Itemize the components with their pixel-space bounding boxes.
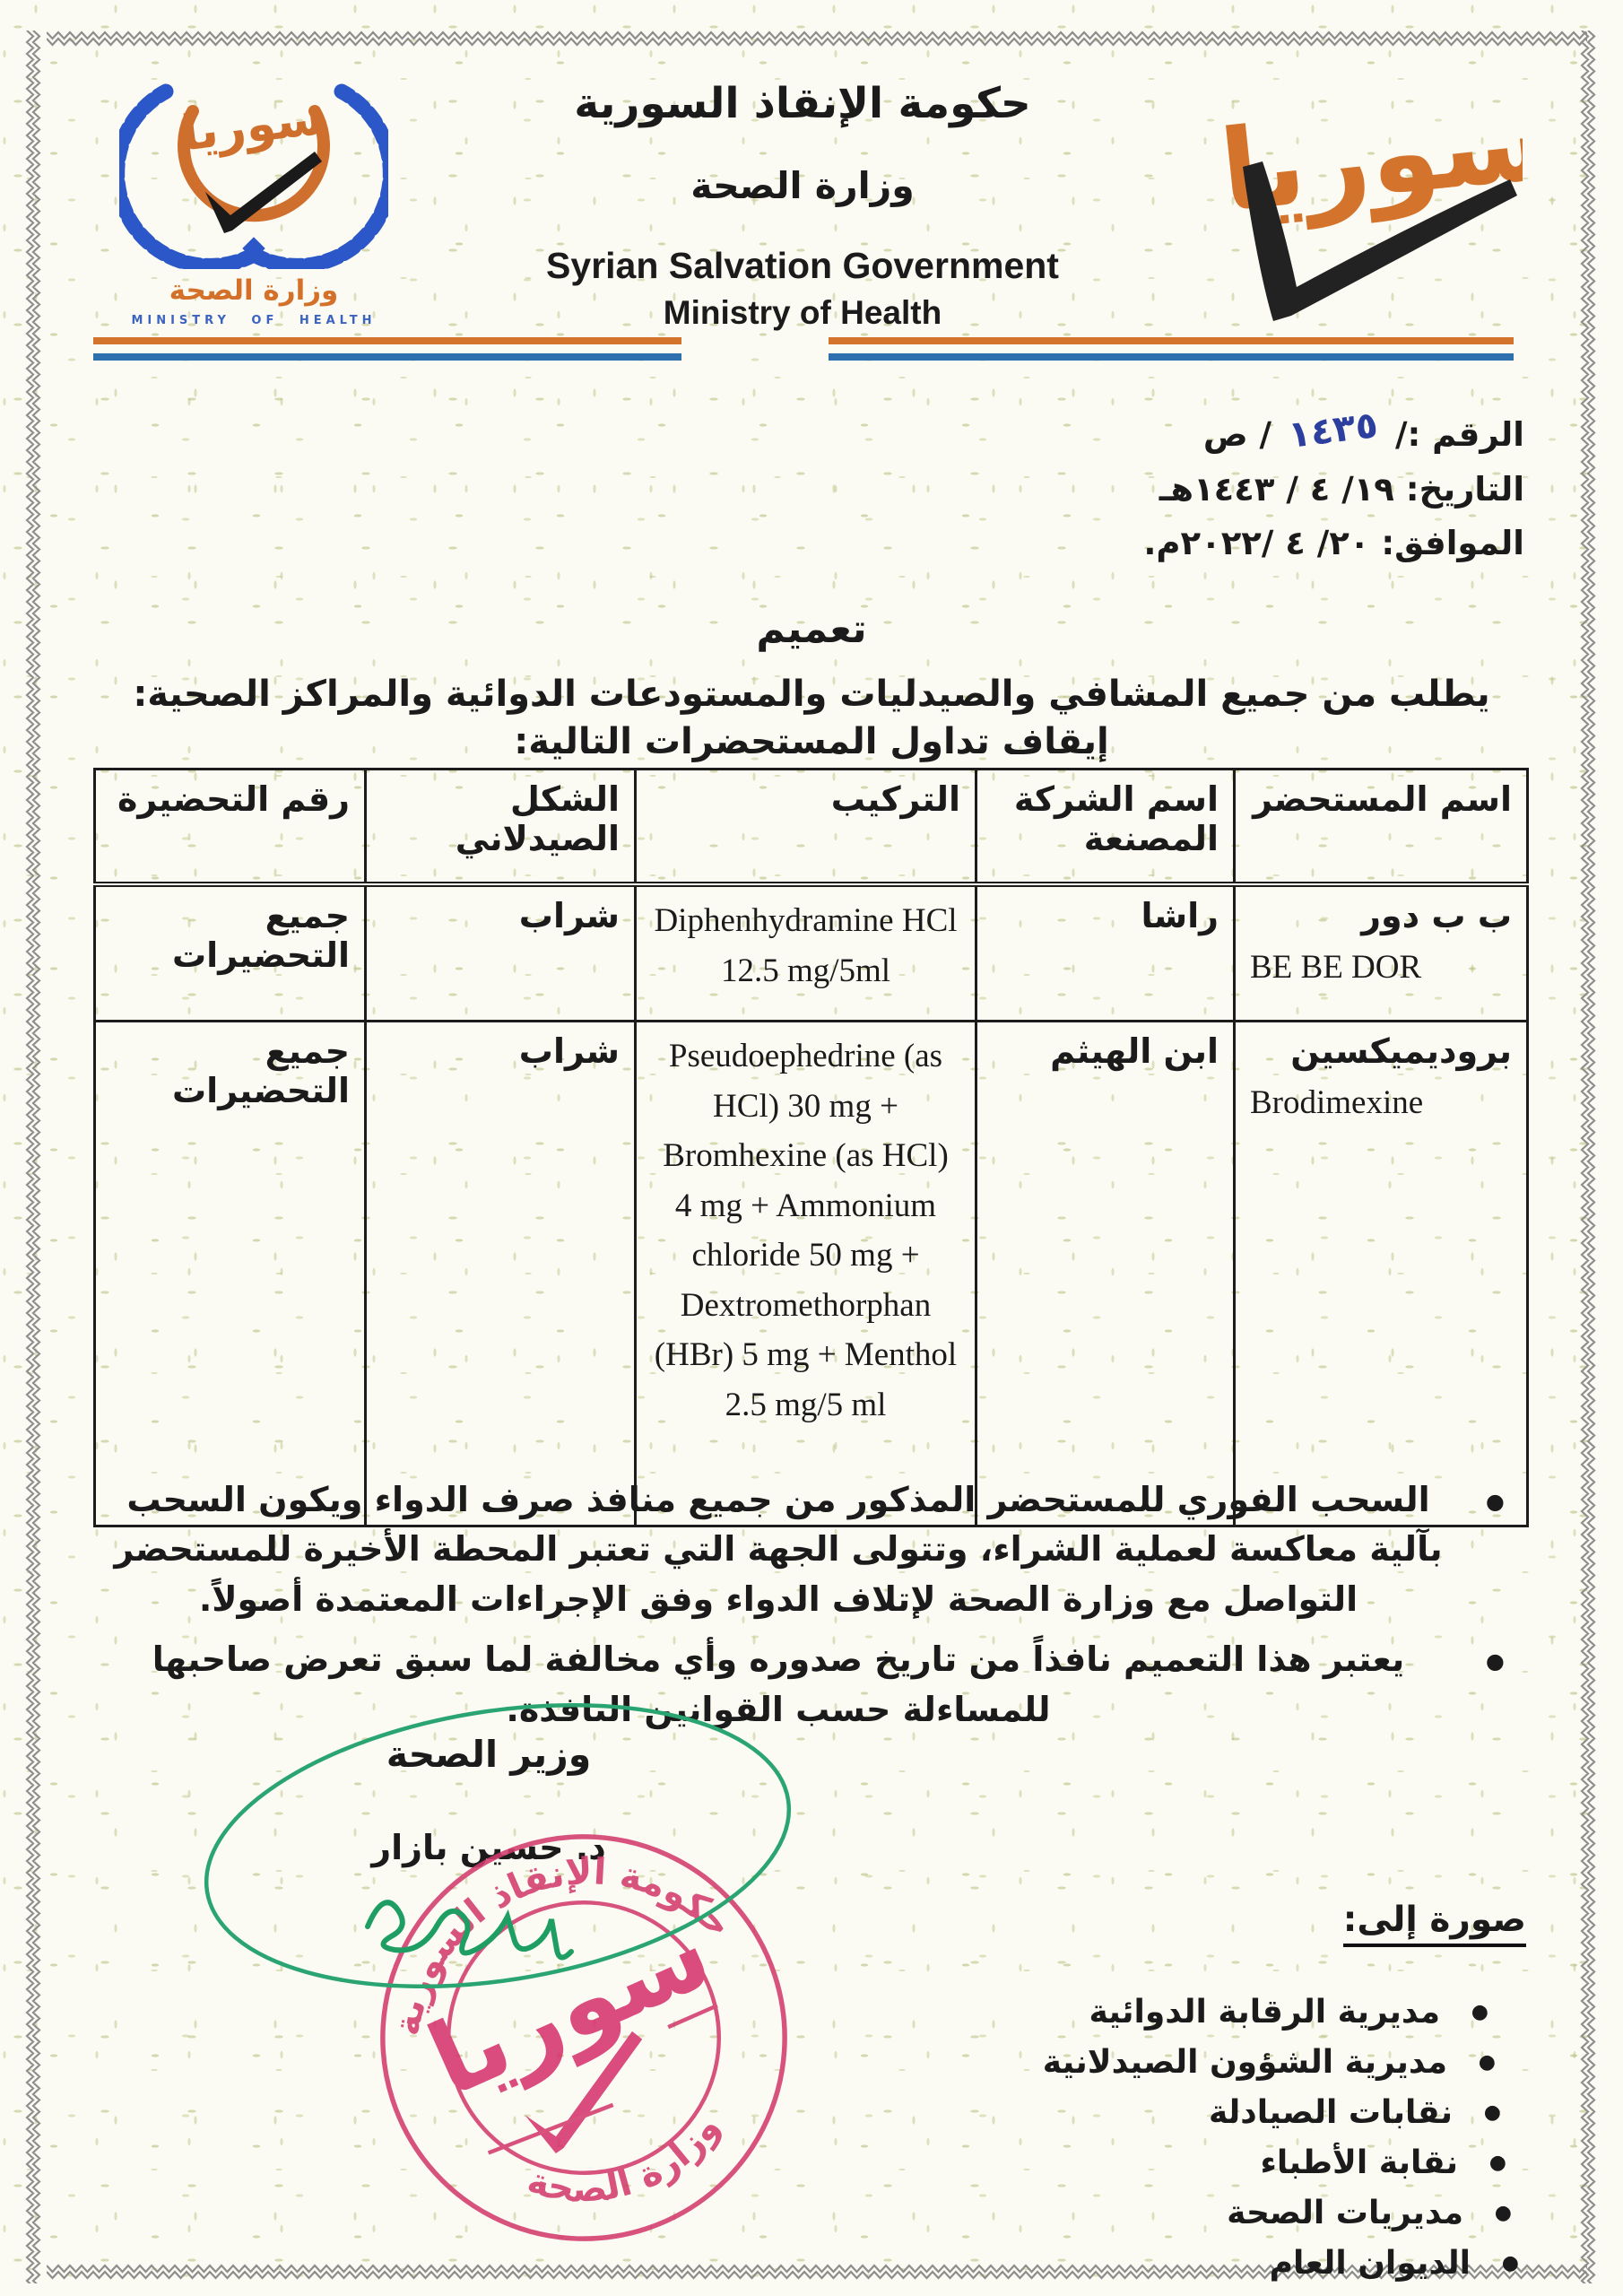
notes-list: السحب الفوري للمستحضر المذكور من جميع من… — [100, 1475, 1514, 1745]
round-ministry-stamp: حكومة الإنقاذ السورية وزارة الصحة سوريا — [370, 1824, 797, 2251]
ref-date-hijri: التاريخ: ١٩/ ٤ / ١٤٤٣هـ — [1143, 463, 1524, 517]
syria-calligraphy-text: سوريا — [178, 89, 326, 162]
copy-to-item: الديوان العام — [934, 2245, 1526, 2282]
copy-to-item: مديرية الشؤون الصيدلانية — [934, 2044, 1503, 2081]
cell-pharma-form: شراب — [366, 884, 636, 1022]
reference-block: الرقم :/ ١٤٣٥ / ص التاريخ: ١٩/ ٤ / ١٤٤٣ه… — [1143, 404, 1524, 570]
circular-intro: يطلب من جميع المشافي والصيدليات والمستود… — [0, 671, 1623, 766]
government-title-arabic: حكومة الإنقاذ السورية — [404, 79, 1202, 128]
copy-to-title: صورة إلى: — [1343, 1900, 1526, 1947]
ref-number-line: الرقم :/ ١٤٣٥ / ص — [1143, 404, 1524, 463]
ref-date-gregorian: الموافق: ٢٠/ ٤ /٢٠٢٢م. — [1143, 517, 1524, 570]
decorative-zigzag-border-top — [47, 30, 1587, 50]
intro-line-1: يطلب من جميع المشافي والصيدليات والمستود… — [0, 671, 1623, 718]
cell-manufacturer: راشا — [976, 884, 1235, 1022]
cell-pharma-form: شراب — [366, 1022, 636, 1526]
table-row: بروديميكسين Brodimexine ابن الهيثم Pseud… — [95, 1022, 1528, 1526]
syria-calligraphy-icon: سوريا — [1218, 59, 1523, 337]
laurel-crescent-icon: سوريا — [119, 56, 388, 269]
cell-batch-number: جميع التحضيرات — [95, 884, 366, 1022]
table-row: ب ب دور BE BE DOR راشا Diphenhydramine H… — [95, 884, 1528, 1022]
cell-manufacturer: ابن الهيثم — [976, 1022, 1235, 1526]
note-item: يعتبر هذا التعميم نافذاً من تاريخ صدوره … — [100, 1635, 1514, 1735]
letterhead-titles: حكومة الإنقاذ السورية وزارة الصحة Syrian… — [404, 79, 1202, 332]
copy-to-item: نقابة الأطباء — [934, 2144, 1514, 2181]
copy-to-section: صورة إلى: مديرية الرقابة الدوائية مديرية… — [934, 1900, 1526, 2295]
copy-to-item: مديرية الرقابة الدوائية — [934, 1994, 1496, 2031]
header-divider-left — [93, 337, 681, 364]
note-item: السحب الفوري للمستحضر المذكور من جميع من… — [100, 1475, 1514, 1624]
suspended-products-table: اسم المستحضر اسم الشركة المصنعة التركيب … — [93, 768, 1529, 1527]
col-pharma-form: الشكل الصيدلاني — [366, 770, 636, 885]
scanned-circular-document: سوريا وزارة الصحة MINISTRY OF HEALTH حكو… — [0, 0, 1623, 2296]
cell-composition: Diphenhydramine HCl 12.5 mg/5ml — [636, 884, 976, 1022]
government-title-english: Syrian Salvation Government — [404, 245, 1202, 287]
copy-to-list: مديرية الرقابة الدوائية مديرية الشؤون ال… — [934, 1994, 1526, 2282]
header-divider-right — [829, 337, 1514, 364]
handwritten-number: ١٤٣٥ — [1280, 394, 1386, 465]
intro-line-2: إيقاف تداول المستحضرات التالية: — [0, 718, 1623, 766]
col-product-name: اسم المستحضر — [1235, 770, 1528, 885]
minister-title: وزير الصحة — [269, 1733, 708, 1776]
stamp-bottom-text: وزارة الصحة — [512, 2099, 740, 2235]
copy-to-item: مديريات الصحة — [934, 2195, 1519, 2231]
cell-product-name: ب ب دور BE BE DOR — [1235, 884, 1528, 1022]
col-composition: التركيب — [636, 770, 976, 885]
cell-batch-number: جميع التحضيرات — [95, 1022, 366, 1526]
copy-to-item: نقابات الصيادلة — [934, 2094, 1508, 2131]
left-logo-arabic-label: وزارة الصحة — [106, 274, 402, 307]
cell-composition: Pseudoephedrine (as HCl) 30 mg + Bromhex… — [636, 1022, 976, 1526]
decorative-zigzag-border-right — [1580, 30, 1600, 2283]
ministry-title-english: Ministry of Health — [404, 294, 1202, 332]
table-header-row: اسم المستحضر اسم الشركة المصنعة التركيب … — [95, 770, 1528, 885]
col-batch-number: رقم التحضيرة — [95, 770, 366, 885]
ministry-of-health-logo: سوريا وزارة الصحة MINISTRY OF HEALTH — [106, 56, 402, 327]
circular-title: تعميم — [0, 606, 1623, 652]
decorative-zigzag-border-left — [25, 30, 45, 2283]
left-logo-english-label: MINISTRY OF HEALTH — [106, 314, 402, 327]
ministry-title-arabic: وزارة الصحة — [404, 164, 1202, 207]
col-manufacturer: اسم الشركة المصنعة — [976, 770, 1235, 885]
syria-logo: سوريا — [1218, 59, 1523, 337]
cell-product-name: بروديميكسين Brodimexine — [1235, 1022, 1528, 1526]
